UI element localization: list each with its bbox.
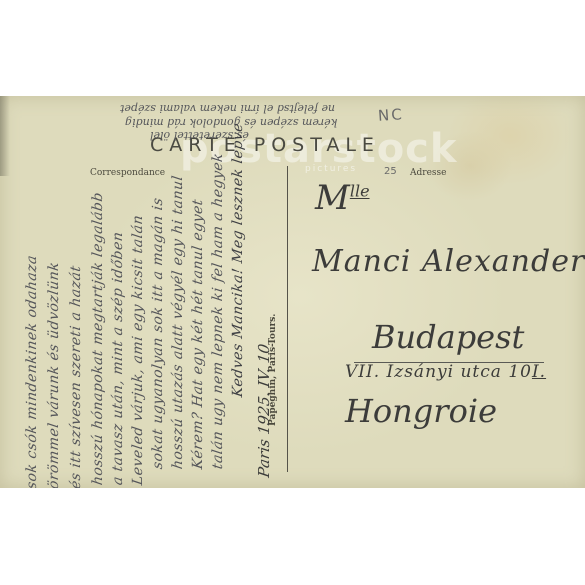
address-country: Hongroie [345, 392, 497, 430]
address-number: 10 [508, 362, 532, 382]
message-line: sokat ugyanolyan sok itt a magán is [150, 197, 166, 471]
postmark-top: NC [377, 105, 404, 125]
adresse-label: Adresse [410, 168, 446, 178]
correspondance-label: Correspondance [90, 168, 165, 178]
address-city: Budapest [372, 318, 524, 356]
address-salutation: Mlle [315, 178, 370, 218]
message-line: Leveled várjuk, ami egy kicsit talán [130, 214, 146, 486]
address-salutation-suffix: lle [350, 182, 370, 201]
message-line: Kérem? Hat egy két hét tanul egyet [190, 198, 206, 470]
message-top-line: ne felejtsd el írni nekem valami szépet [120, 102, 335, 115]
message-line: és itt szívesen szereti a hazát [68, 264, 84, 488]
address-district: VII. [345, 362, 380, 382]
message-line: a tavasz után, mint a szép időben [110, 231, 126, 487]
address-street: Izsányi utca [387, 362, 502, 382]
center-divider [287, 166, 288, 472]
address-floor: I. [532, 362, 546, 382]
message-greeting: Kedves Mancika! Meg lesznek lepve [230, 122, 246, 398]
address-recipient-name: Manci Alexander [312, 244, 585, 279]
message-line: hosszú utazás alatt végyél egy hi tanul [170, 174, 186, 470]
postcard: postarstock pictures CARTE POSTALE NC 25… [0, 96, 585, 488]
message-date: Paris 1925. IV. 10 [255, 343, 273, 479]
postmark-number: 25 [384, 166, 397, 177]
address-street-line: VII. Izsányi utca 10I. [345, 362, 546, 382]
message-line: sok csók mindenkinek odahaza [24, 254, 40, 488]
message-line: hosszú hónapokat megtartják legalább [90, 191, 106, 486]
message-line: talán ugy nem lepnek ki fel ham a hegyek [210, 152, 226, 470]
message-line: örömmel várunk és üdvözlünk [46, 261, 62, 488]
watermark-subtext: pictures [305, 164, 357, 174]
